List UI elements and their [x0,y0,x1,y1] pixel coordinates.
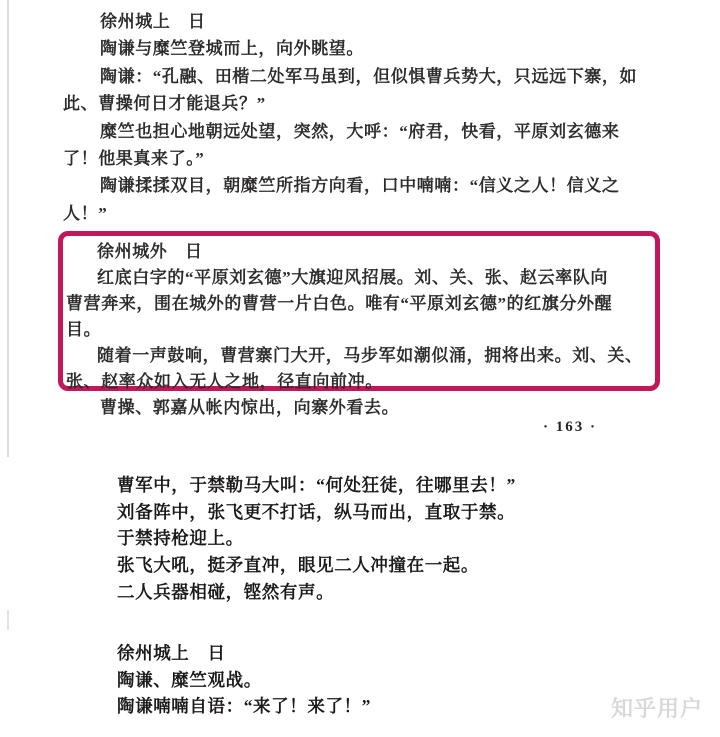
script-line: 了！他果真来了。” [63,145,637,172]
watermark-zhihu-user: 知乎用户 [611,692,703,723]
script-line: 刘备阵中，张飞更不打话，纵马而出，直取于禁。 [117,499,516,526]
script-line: 陶谦、糜竺观战。 [117,667,371,694]
scene-heading: 徐州城外 日 [66,239,643,265]
script-line: 陶谦喃喃自语：“来了！来了！” [117,693,371,720]
script-line: 随着一声鼓响，曹营寨门大开，马步军如潮似涌，拥将出来。刘、关、 [66,343,643,369]
script-line: 曹营奔来，围在城外的曹营一片白色。唯有“平原刘玄德”的红旗分外醒 [66,291,643,317]
script-block-battle: 曹军中，于禁勒马大叫：“何处狂徒，往哪里去！” 刘备阵中，张飞更不打话，纵马而出… [117,472,516,605]
script-line: 糜竺也担心地朝远处望，突然，大呼：“府君，快看，平原刘玄德来 [63,118,637,145]
page-number: · 163 · [543,419,597,436]
script-line: 二人兵器相碰，铿然有声。 [117,579,516,606]
script-line: 陶谦揉揉双目，朝糜竺所指方向看，口中喃喃：“信义之人！信义之 [63,172,637,199]
script-block-after-box: 曹操、郭嘉从帐内惊出，向寨外看去。 [63,394,399,421]
script-line: 张飞大吼，挺矛直冲，眼见二人冲撞在一起。 [117,552,516,579]
script-block-top: 徐州城上 日 陶谦与糜竺登城而上，向外眺望。 陶谦：“孔融、田楷二处军马虽到，但… [63,8,637,227]
script-line: 此、曹操何日才能退兵？” [63,90,637,117]
script-line: 张、赵率众如入无人之地，径直向前冲。 [66,369,643,395]
script-line: 陶谦与糜竺登城而上，向外眺望。 [63,35,637,62]
script-line: 于禁持枪迎上。 [117,525,516,552]
page-edge-line [7,610,9,630]
script-block-bottom: 徐州城上 日 陶谦、糜竺观战。 陶谦喃喃自语：“来了！来了！” [117,640,371,720]
script-block-highlighted: 徐州城外 日 红底白字的“平原刘玄德”大旗迎风招展。刘、关、张、赵云率队向 曹营… [66,239,643,395]
script-line: 目。 [66,317,643,343]
scene-heading: 徐州城上 日 [117,640,371,667]
script-line: 曹操、郭嘉从帐内惊出，向寨外看去。 [63,394,399,421]
script-line: 红底白字的“平原刘玄德”大旗迎风招展。刘、关、张、赵云率队向 [66,265,643,291]
scene-heading: 徐州城上 日 [63,8,637,35]
script-line: 人！” [63,200,637,227]
script-line: 曹军中，于禁勒马大叫：“何处狂徒，往哪里去！” [117,472,516,499]
page-edge-line [7,0,9,457]
script-line: 陶谦：“孔融、田楷二处军马虽到，但似惧曹兵势大，只远远下寨，如 [63,63,637,90]
